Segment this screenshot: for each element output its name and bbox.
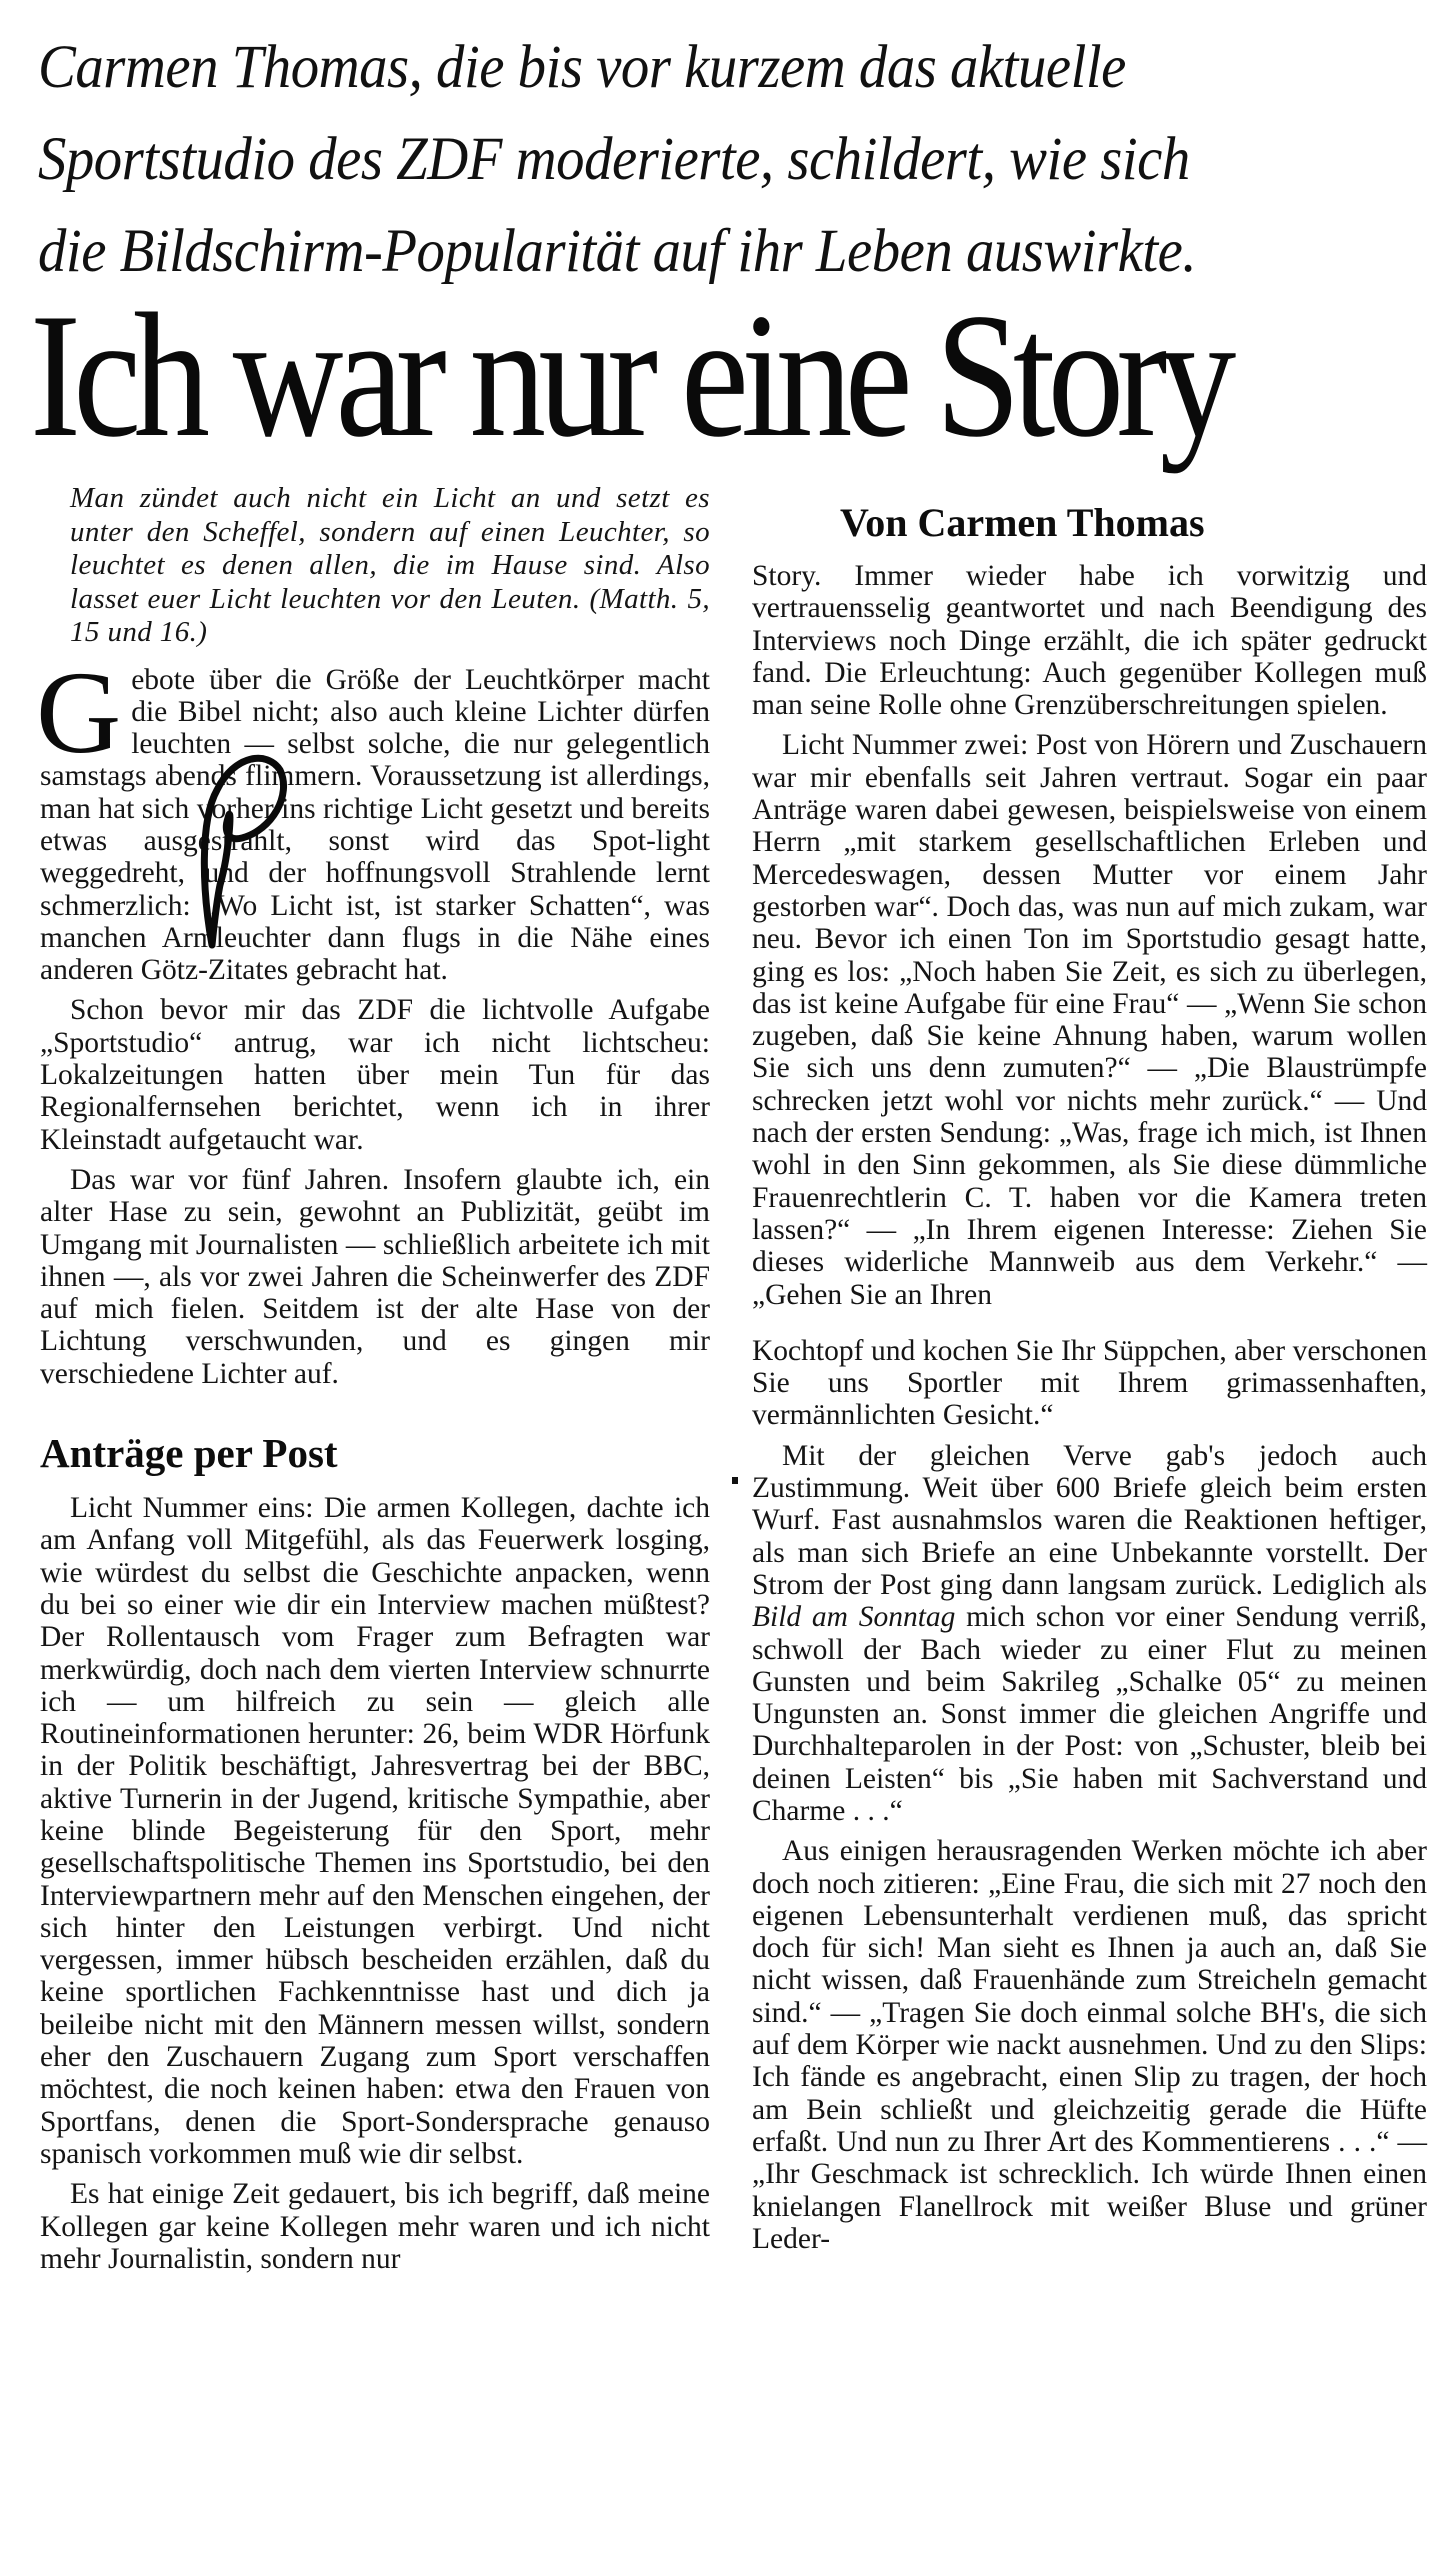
paragraph: Schon bevor mir das ZDF die lichtvolle A… [40,994,710,1155]
paragraph: Licht Nummer eins: Die armen Kollegen, d… [40,1492,710,2170]
newspaper-page: Carmen Thomas, die bis vor kurzem das ak… [0,0,1452,2560]
left-column: Man zündet auch nicht ein Licht an und s… [40,482,710,2283]
article-dek: Carmen Thomas, die bis vor kurzem das ak… [38,22,1418,298]
paragraph: Story. Immer wieder habe ich vorwitzig u… [752,560,1427,721]
paragraph: Es hat einige Zeit gedauert, bis ich beg… [40,2178,710,2275]
lead-paragraph: Gebote über die Größe der Leuchtkörper m… [40,664,710,987]
byline: Von Carmen Thomas [840,500,1205,546]
paragraph-text: Mit der gleichen Verve gab's jedoch auch… [752,1440,1427,1601]
paragraph: Aus einigen herausragenden Werken möchte… [752,1835,1427,2255]
dek-line: Sportstudio des ZDF moderierte, schilder… [38,114,1321,206]
drop-cap: G [36,668,121,758]
section-subhead: Anträge per Post [40,1430,710,1476]
paragraph: Kochtopf und kochen Sie Ihr Süppchen, ab… [752,1335,1427,1432]
paragraph: Mit der gleichen Verve gab's jedoch auch… [752,1440,1427,1828]
lead-text: ebote über die Größe der Leuchtkörper ma… [40,664,710,987]
paragraph: Licht Nummer zwei: Post von Hörern und Z… [752,729,1427,1310]
epigraph-quote: Man zündet auch nicht ein Licht an und s… [70,482,710,650]
paragraph-text: mich schon vor einer Sendung verriß, sch… [752,1601,1427,1827]
paragraph: Das war vor fünf Jahren. Insofern glaubt… [40,1164,710,1390]
right-column: Story. Immer wieder habe ich vorwitzig u… [752,560,1427,2263]
article-headline: Ich war nur eine Story [30,280,1234,470]
publication-name: Bild am Sonntag [752,1601,955,1633]
dek-line: Carmen Thomas, die bis vor kurzem das ak… [38,22,1321,114]
print-mark [732,1477,738,1484]
